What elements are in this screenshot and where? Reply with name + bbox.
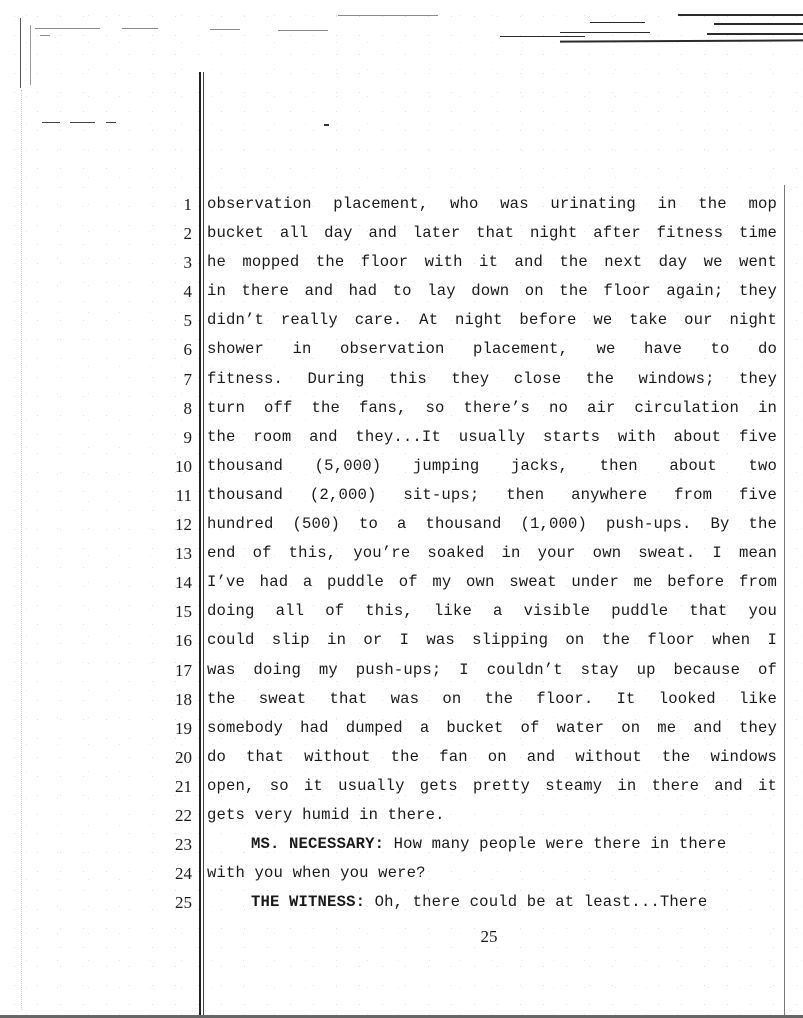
line-number: 5 — [150, 306, 192, 335]
transcript-line: the room and they...It usually starts wi… — [207, 423, 777, 452]
line-text: shower in observation placement, we have… — [207, 340, 777, 358]
transcript-line: turn off the fans, so there’s no air cir… — [207, 394, 777, 423]
line-text: turn off the fans, so there’s no air cir… — [207, 399, 777, 417]
scan-artifact-line — [678, 14, 803, 16]
scan-edge-mark — [20, 18, 21, 88]
line-number: 7 — [150, 365, 192, 394]
line-text: How many people were there in there — [384, 835, 726, 853]
line-number: 21 — [150, 772, 192, 801]
transcript-line: I’ve had a puddle of my own sweat under … — [207, 568, 777, 597]
transcript-body: observation placement, who was urinating… — [207, 190, 777, 917]
line-number: 22 — [150, 801, 192, 830]
transcript-line: didn’t really care. At night before we t… — [207, 306, 777, 335]
line-number: 1 — [150, 190, 192, 219]
transcript-line: in there and had to lay down on the floo… — [207, 277, 777, 306]
line-text: hundred (500) to a thousand (1,000) push… — [207, 515, 777, 533]
transcript-line: shower in observation placement, we have… — [207, 335, 777, 364]
line-number: 11 — [150, 481, 192, 510]
line-number: 4 — [150, 277, 192, 306]
transcript-line: bucket all day and later that night afte… — [207, 219, 777, 248]
line-text: somebody had dumped a bucket of water on… — [207, 719, 777, 737]
line-number: 14 — [150, 568, 192, 597]
line-text: didn’t really care. At night before we t… — [207, 311, 777, 329]
scan-artifact-line — [210, 29, 240, 30]
transcript-line: gets very humid in there. — [207, 801, 777, 830]
line-text: bucket all day and later that night afte… — [207, 224, 777, 242]
line-number: 19 — [150, 714, 192, 743]
line-text: in there and had to lay down on the floo… — [207, 282, 777, 300]
scan-artifact-line — [338, 15, 438, 16]
transcript-line: thousand (2,000) sit-ups; then anywhere … — [207, 481, 777, 510]
transcript-line: THE WITNESS: Oh, there could be at least… — [207, 888, 777, 917]
speaker-label: MS. NECESSARY: — [251, 835, 384, 853]
line-number: 25 — [150, 888, 192, 917]
line-number: 12 — [150, 510, 192, 539]
transcript-line: with you when you were? — [207, 859, 777, 888]
scan-artifact-line — [707, 33, 803, 35]
right-margin-rule — [784, 185, 785, 1018]
scan-artifact-line — [70, 122, 95, 123]
line-number: 3 — [150, 248, 192, 277]
scan-edge-mark — [30, 25, 31, 85]
line-number: 15 — [150, 597, 192, 626]
scan-artifact-line — [560, 39, 803, 42]
transcript-line: open, so it usually gets pretty steamy i… — [207, 772, 777, 801]
line-number: 8 — [150, 394, 192, 423]
line-number: 18 — [150, 685, 192, 714]
line-text: thousand (2,000) sit-ups; then anywhere … — [207, 486, 777, 504]
transcript-line: doing all of this, like a visible puddle… — [207, 597, 777, 626]
scan-artifact-line — [500, 36, 585, 37]
transcript-line: fitness. During this they close the wind… — [207, 365, 777, 394]
line-number: 9 — [150, 423, 192, 452]
line-text: was doing my push-ups; I couldn’t stay u… — [207, 661, 777, 679]
line-number: 10 — [150, 452, 192, 481]
transcript-line: hundred (500) to a thousand (1,000) push… — [207, 510, 777, 539]
line-number: 6 — [150, 335, 192, 364]
line-text: gets very humid in there. — [207, 806, 445, 824]
line-text: end of this, you’re soaked in your own s… — [207, 544, 777, 562]
scan-artifact-line — [714, 23, 803, 25]
line-text: do that without the fan on and without t… — [207, 748, 777, 766]
transcript-line: the sweat that was on the floor. It look… — [207, 685, 777, 714]
scan-artifact-line — [590, 22, 645, 23]
scan-artifact-line — [278, 30, 328, 31]
line-text: open, so it usually gets pretty steamy i… — [207, 777, 777, 795]
line-text: could slip in or I was slipping on the f… — [207, 631, 777, 649]
transcript-line: MS. NECESSARY: How many people were ther… — [207, 830, 777, 859]
line-number: 16 — [150, 626, 192, 655]
line-text: he mopped the floor with it and the next… — [207, 253, 777, 271]
line-number: 24 — [150, 859, 192, 888]
line-text: doing all of this, like a visible puddle… — [207, 602, 777, 620]
scan-artifact-dot — [324, 124, 329, 126]
line-number: 20 — [150, 743, 192, 772]
line-number: 17 — [150, 656, 192, 685]
page-number: 25 — [474, 927, 504, 947]
scan-artifact-line — [560, 32, 650, 33]
line-text: I’ve had a puddle of my own sweat under … — [207, 573, 777, 591]
transcript-line: he mopped the floor with it and the next… — [207, 248, 777, 277]
line-text: observation placement, who was urinating… — [207, 195, 777, 213]
line-text: with you when you were? — [207, 864, 426, 882]
line-number-column: 1234567891011121314151617181920212223242… — [150, 190, 192, 917]
scan-artifact-line — [35, 28, 100, 29]
scan-artifact-line — [40, 35, 50, 36]
transcript-line: thousand (5,000) jumping jacks, then abo… — [207, 452, 777, 481]
transcript-line: could slip in or I was slipping on the f… — [207, 626, 777, 655]
line-number: 23 — [150, 830, 192, 859]
line-text: fitness. During this they close the wind… — [207, 370, 777, 388]
line-text: Oh, there could be at least...There — [365, 893, 707, 911]
line-text: the sweat that was on the floor. It look… — [207, 690, 777, 708]
scan-edge-mark — [21, 90, 23, 1010]
transcript-line: somebody had dumped a bucket of water on… — [207, 714, 777, 743]
transcript-line: end of this, you’re soaked in your own s… — [207, 539, 777, 568]
left-margin-rule — [199, 72, 204, 1018]
line-text: thousand (5,000) jumping jacks, then abo… — [207, 457, 777, 475]
transcript-line: observation placement, who was urinating… — [207, 190, 777, 219]
transcript-line: was doing my push-ups; I couldn’t stay u… — [207, 656, 777, 685]
scan-artifact-line — [106, 122, 116, 123]
line-number: 13 — [150, 539, 192, 568]
scan-artifact-line — [42, 122, 60, 123]
line-number: 2 — [150, 219, 192, 248]
speaker-label: THE WITNESS: — [251, 893, 365, 911]
line-text: the room and they...It usually starts wi… — [207, 428, 777, 446]
transcript-line: do that without the fan on and without t… — [207, 743, 777, 772]
scan-artifact-line — [122, 28, 158, 29]
